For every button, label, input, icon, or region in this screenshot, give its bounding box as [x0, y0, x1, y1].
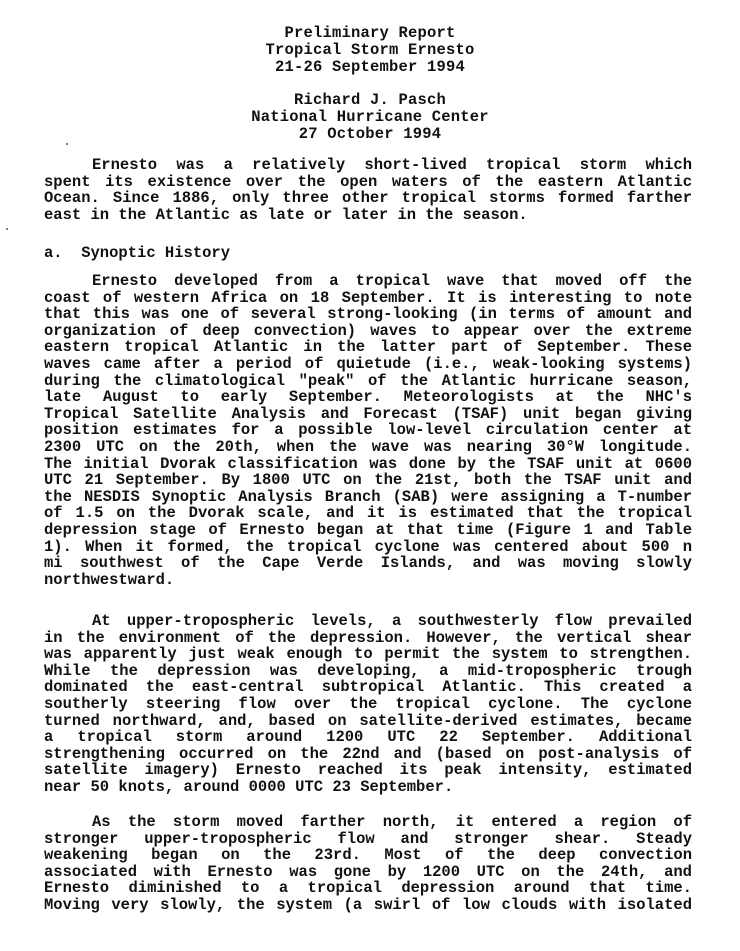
text-line: weakening began on the 23rd. Most of the…: [44, 847, 692, 864]
text-line: organization of deep convection) waves t…: [44, 323, 692, 340]
text-line: during the climatological "peak" of the …: [44, 373, 692, 390]
text-line: As the storm moved farther north, it ent…: [44, 814, 692, 831]
text-line: waves came after a period of quietude (i…: [44, 356, 692, 373]
text-line: At upper-tropospheric levels, a southwes…: [44, 613, 692, 630]
text-line: that this was one of several strong-look…: [44, 306, 692, 323]
text-line: strengthening occurred on the 22nd and (…: [44, 746, 692, 763]
organization: National Hurricane Center: [0, 109, 740, 126]
text-line: near 50 knots, around 0000 UTC 23 Septem…: [44, 779, 692, 796]
text-line: Ernesto was a relatively short-lived tro…: [44, 157, 692, 174]
text-line: a tropical storm around 1200 UTC 22 Sept…: [44, 729, 692, 746]
report-title-block: Preliminary Report Tropical Storm Ernest…: [0, 25, 740, 76]
text-line: late August to early September. Meteorol…: [44, 389, 692, 406]
scan-speck: [66, 143, 68, 145]
text-line: stronger upper-tropospheric flow and str…: [44, 831, 692, 848]
text-line: UTC 21 September. By 1800 UTC on the 21s…: [44, 472, 692, 489]
text-line: Ernesto developed from a tropical wave t…: [44, 273, 692, 290]
text-line: coast of western Africa on 18 September.…: [44, 290, 692, 307]
report-date: 27 October 1994: [0, 126, 740, 143]
text-line: northwestward.: [44, 572, 692, 589]
text-line: Tropical Satellite Analysis and Forecast…: [44, 406, 692, 423]
text-line: 2300 UTC on the 20th, when the wave was …: [44, 439, 692, 456]
storm-name: Tropical Storm Ernesto: [0, 42, 740, 59]
text-line: mi southwest of the Cape Verde Islands, …: [44, 555, 692, 572]
scan-speck: [6, 228, 8, 230]
text-line: spent its existence over the open waters…: [44, 174, 692, 191]
text-line: associated with Ernesto was gone by 1200…: [44, 864, 692, 881]
text-line: The initial Dvorak classification was do…: [44, 456, 692, 473]
text-line: east in the Atlantic as late or later in…: [44, 207, 692, 224]
text-line: eastern tropical Atlantic in the latter …: [44, 339, 692, 356]
text-line: in the environment of the depression. Ho…: [44, 630, 692, 647]
text-line: depression stage of Ernesto began at tha…: [44, 522, 692, 539]
text-line: Ernesto diminished to a tropical depress…: [44, 880, 692, 897]
synoptic-paragraph-1: Ernesto developed from a tropical wave t…: [44, 273, 692, 588]
synoptic-paragraph-2: At upper-tropospheric levels, a southwes…: [44, 613, 692, 796]
text-line: satellite imagery) Ernesto reached its p…: [44, 762, 692, 779]
text-line: While the depression was developing, a m…: [44, 663, 692, 680]
storm-dates: 21-26 September 1994: [0, 59, 740, 76]
synoptic-paragraph-3: As the storm moved farther north, it ent…: [44, 814, 692, 914]
author-block: Richard J. Pasch National Hurricane Cent…: [0, 92, 740, 143]
text-line: 1). When it formed, the tropical cyclone…: [44, 539, 692, 556]
document-page: Preliminary Report Tropical Storm Ernest…: [0, 0, 740, 951]
text-line: Moving very slowly, the system (a swirl …: [44, 897, 692, 914]
author-name: Richard J. Pasch: [0, 92, 740, 109]
text-line: of 1.5 on the Dvorak scale, and it is es…: [44, 505, 692, 522]
text-line: dominated the east-central subtropical A…: [44, 679, 692, 696]
text-line: Ocean. Since 1886, only three other trop…: [44, 190, 692, 207]
report-title: Preliminary Report: [0, 25, 740, 42]
text-line: was apparently just weak enough to permi…: [44, 646, 692, 663]
intro-paragraph: Ernesto was a relatively short-lived tro…: [44, 157, 692, 223]
section-heading-synoptic-history: a. Synoptic History: [44, 244, 230, 262]
text-line: position estimates for a possible low-le…: [44, 422, 692, 439]
text-line: turned northward, and, based on satellit…: [44, 713, 692, 730]
text-line: southerly steering flow over the tropica…: [44, 696, 692, 713]
text-line: the NESDIS Synoptic Analysis Branch (SAB…: [44, 489, 692, 506]
